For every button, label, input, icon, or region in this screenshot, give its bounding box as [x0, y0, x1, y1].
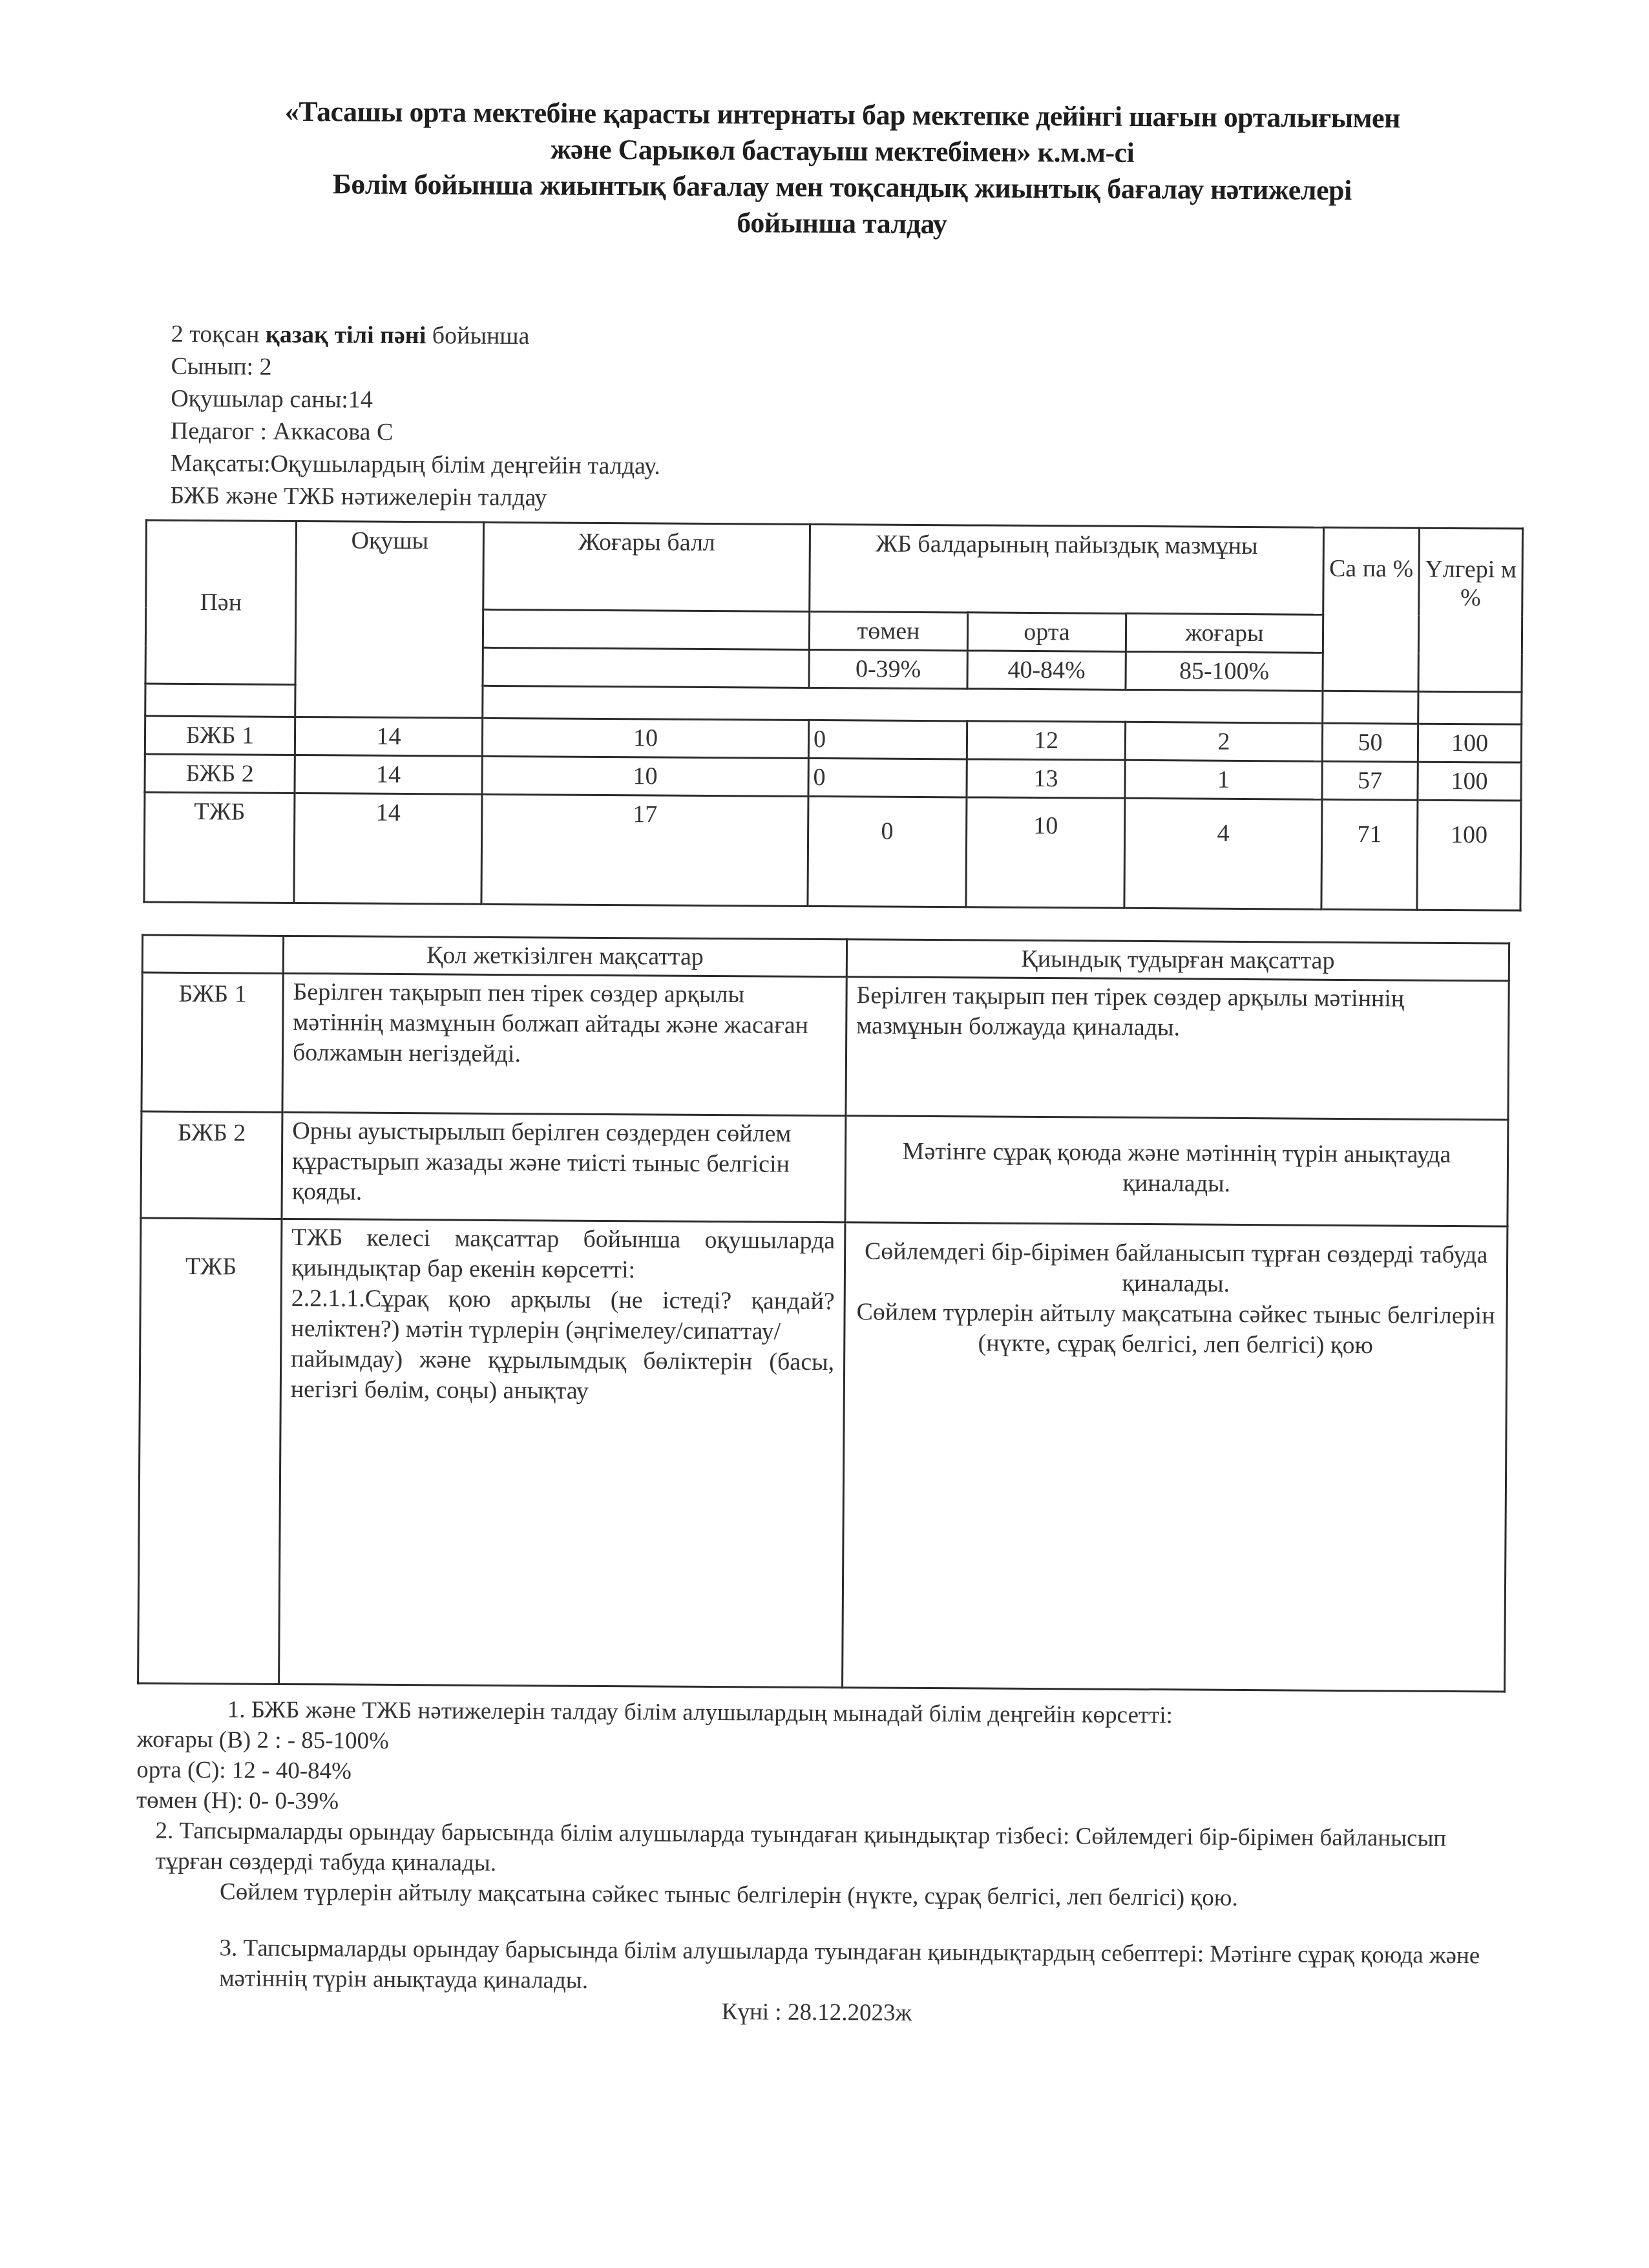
row-mid: 13 [967, 759, 1125, 798]
row-quality: 71 [1321, 799, 1418, 910]
row-students: 14 [295, 755, 482, 795]
table-row: БЖБ 2 Орны ауыстырылып берілген сөздерде… [141, 1111, 1508, 1226]
level-mid-name: орта [967, 613, 1126, 651]
subject-name: қазақ тілі пәні [266, 321, 426, 350]
row-high: 4 [1124, 798, 1322, 909]
achieved-objective: 2.2.1.1.Сұрақ қою арқылы (не істеді? қан… [291, 1283, 835, 1347]
row-name: БЖБ 2 [145, 754, 295, 793]
row-low: 0 [808, 796, 967, 907]
results-table: Пән Оқушы Жоғары балл ЖБ балдарының пайы… [143, 520, 1524, 912]
row-students: 14 [295, 717, 482, 757]
row-quality: 50 [1322, 723, 1418, 762]
achieved-intro: ТЖБ келесі мақсаттар бойынша оқушыларда … [291, 1223, 835, 1286]
teacher-line: Педагог : Аккасова С [171, 415, 660, 450]
row-name: ТЖБ [138, 1218, 282, 1684]
class-line: Сынып: 2 [171, 350, 660, 386]
document-title: «Тасашы орта мектебіне қарасты интернаты… [147, 93, 1537, 246]
achieved-objective-end: пайымдау) және құрылымдық бөліктерін (ба… [291, 1344, 835, 1408]
level-high-name: жоғары [1126, 613, 1323, 653]
row-name: БЖБ 1 [142, 972, 283, 1112]
difficult-goal: Берілген тақырып пен тірек сөздер арқылы… [846, 977, 1509, 1120]
row-progress: 100 [1417, 800, 1521, 910]
goals-table: Қол жеткізілген мақсаттар Қиындық тудырғ… [137, 934, 1510, 1693]
row-high: 2 [1125, 722, 1322, 761]
header-students: Оқушы [295, 521, 484, 719]
achieved-goal: Берілген тақырып пен тірек сөздер арқылы… [282, 973, 846, 1115]
achieved-goal: Орны ауыстырылып берілген сөздерден сөйл… [282, 1112, 846, 1222]
table-row: ТЖБ 14 17 0 10 4 71 100 [144, 792, 1521, 910]
quarter-subject-line: 2 тоқсан қазақ тілі пәні бойынша [171, 318, 661, 353]
results-table-caption: БЖБ және ТЖБ нәтижелерін талдау [170, 479, 660, 515]
blank-cell [145, 684, 295, 717]
table-row: БЖБ 1 Берілген тақырып пен тірек сөздер … [142, 972, 1509, 1120]
report-meta: 2 тоқсан қазақ тілі пәні бойынша Сынып: … [170, 318, 661, 515]
difficult-goal: Мәтінге сұрақ қоюда және мәтіннің түрін … [845, 1116, 1508, 1226]
row-max-score: 10 [482, 718, 808, 758]
students-count-line: Оқушылар саны:14 [171, 383, 660, 418]
summary-section: 1. БЖБ және ТЖБ нәтижелерін талдау білім… [135, 1694, 1500, 2032]
level-low-range: 0-39% [809, 649, 967, 688]
row-name: ТЖБ [144, 792, 295, 903]
row-quality: 57 [1322, 761, 1418, 800]
goals-corner [142, 935, 283, 973]
header-blank [483, 609, 809, 649]
row-mid: 12 [967, 721, 1125, 760]
difficult-goal-1: Сөйлемдегі бір-бірімен байланысып тұрған… [855, 1236, 1498, 1301]
header-percent-group: ЖБ балдарының пайыздық мазмұны [810, 524, 1324, 614]
header-subject: Пән [145, 520, 297, 684]
quarter-label: 2 тоқсан [171, 320, 266, 348]
goal-line: Мақсаты:Оқушылардың білім деңгейін талда… [170, 447, 660, 483]
blank-cell [483, 686, 1323, 723]
header-progress: Үлгері м % [1418, 528, 1523, 692]
summary-point-3: 3. Тапсырмаларды орындау барысында білім… [135, 1933, 1499, 2002]
row-low: 0 [808, 758, 967, 797]
row-name: БЖБ 2 [141, 1111, 282, 1219]
document-page: «Тасашы орта мектебіне қарасты интернаты… [0, 0, 1649, 2268]
header-max-score: Жоғары балл [483, 522, 810, 611]
row-mid: 10 [966, 797, 1125, 908]
difficult-goal-2: Сөйлем түрлерін айтылу мақсатына сәйкес … [854, 1297, 1497, 1361]
row-progress: 100 [1418, 724, 1521, 762]
summary-point-2: 2. Тапсырмаларды орындау барысында білім… [136, 1816, 1500, 1885]
blank-cell [1323, 691, 1418, 724]
row-name: БЖБ 1 [145, 716, 295, 755]
level-mid-range: 40-84% [967, 651, 1126, 689]
table-row: ТЖБ ТЖБ келесі мақсаттар бойынша оқушыла… [138, 1218, 1507, 1692]
row-high: 1 [1125, 760, 1322, 799]
row-students: 14 [294, 793, 482, 905]
row-max-score: 17 [481, 794, 808, 906]
header-difficult: Қиындық тудырған мақсаттар [846, 940, 1509, 981]
header-quality: Са па % [1323, 527, 1420, 691]
header-achieved: Қол жеткізілген мақсаттар [283, 936, 846, 976]
achieved-goal: ТЖБ келесі мақсаттар бойынша оқушыларда … [279, 1219, 845, 1687]
blank-cell [1418, 691, 1522, 724]
difficult-goal: Сөйлемдегі бір-бірімен байланысып тұрған… [843, 1223, 1507, 1692]
level-high-range: 85-100% [1126, 651, 1323, 691]
level-low-name: төмен [809, 611, 967, 650]
header-blank [483, 647, 809, 688]
row-max-score: 10 [482, 756, 808, 796]
subject-suffix: бойынша [426, 322, 529, 350]
row-low: 0 [808, 720, 967, 759]
row-progress: 100 [1418, 762, 1521, 801]
